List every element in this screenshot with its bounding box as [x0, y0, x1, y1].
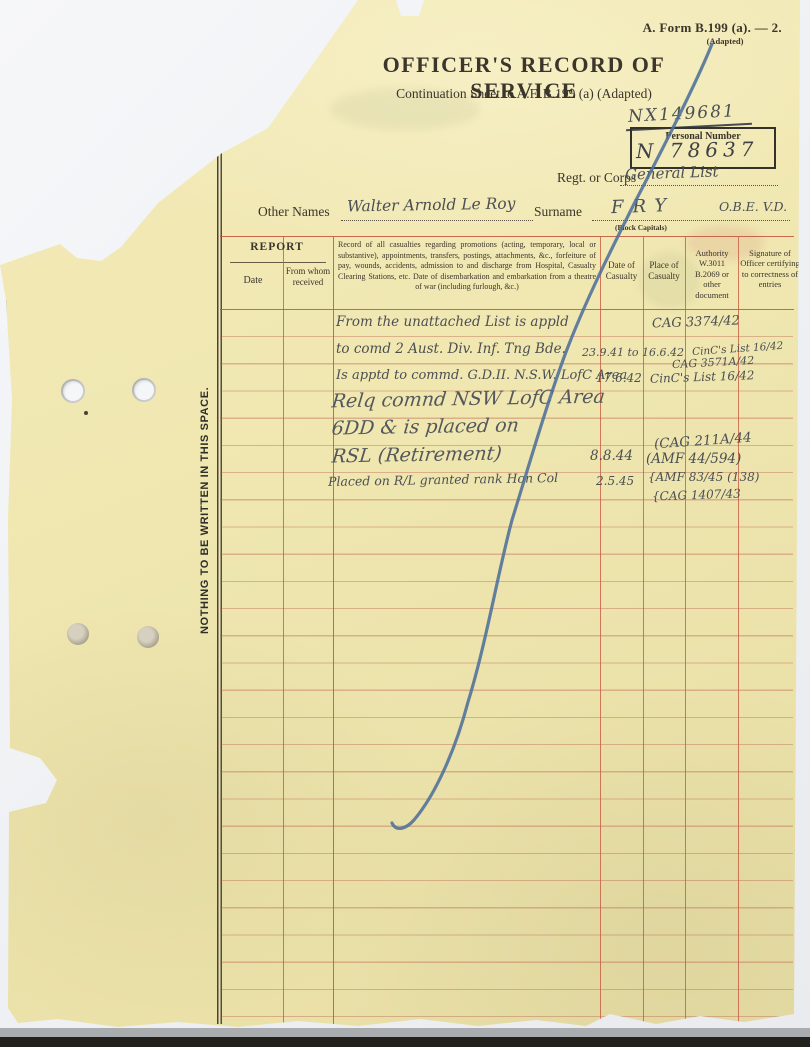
surname-value: FRY	[611, 195, 676, 218]
col-header-date: Date	[224, 275, 282, 286]
report-underline	[230, 262, 326, 263]
paper-speck	[84, 411, 88, 415]
casualty-date: 2.5.45	[596, 474, 634, 488]
page-subtitle: Continuation Sheet to A.F. B.199 (a) (Ad…	[336, 86, 712, 102]
record-entry: 6DD & is placed on	[331, 414, 520, 439]
record-entry: to comd 2 Aust. Div. Inf. Tng Bde.	[336, 341, 566, 357]
col-header-signature: Signature of Officer certifying to corre…	[739, 248, 801, 290]
punch-hole	[61, 379, 85, 403]
table-header-top-line	[220, 236, 794, 237]
personal-number-value: N 78637	[636, 137, 759, 163]
col-header-place-of-casualty: Place of Casualty	[643, 260, 685, 282]
casualty-date: 8.8.44	[590, 448, 633, 464]
col-header-record: Record of all casualties regarding promo…	[338, 240, 596, 293]
punch-hole	[137, 626, 159, 648]
scanned-service-record: A. Form B.199 (a). — 2. (Adapted) OFFICE…	[0, 0, 810, 1047]
dotted-rule	[341, 220, 533, 221]
record-entry: Is apptd to commd. G.D.II. N.S.W. LofC A…	[336, 368, 627, 383]
authority-ref: CAG 3374/42	[652, 313, 740, 331]
record-entry: RSL (Retirement)	[331, 443, 503, 468]
honours-value: O.B.E. V.D.	[719, 199, 787, 214]
record-entry: From the unattached List is appld	[336, 314, 569, 330]
casualty-date: 23.9.41 to 16.6.42	[582, 346, 684, 359]
col-header-from-whom: From whom received	[284, 266, 332, 287]
col-header-report: REPORT	[222, 241, 332, 253]
form-number: A. Form B.199 (a). — 2.	[630, 20, 782, 36]
block-capitals-note: (Block Capitals)	[596, 223, 686, 232]
dotted-rule	[592, 220, 790, 221]
dotted-rule	[620, 185, 778, 186]
other-names-label: Other Names	[258, 204, 330, 220]
col-header-authority: Authority W.3011 B.2069 or other documen…	[687, 248, 737, 300]
scan-edge-dark	[0, 1037, 810, 1047]
col-header-date-of-casualty: Date of Casualty	[600, 260, 643, 282]
form-number-note: (Adapted)	[688, 36, 762, 46]
margin-note: NOTHING TO BE WRITTEN IN THIS SPACE.	[199, 366, 211, 634]
authority-ref: {AMF 83/45 (138)	[648, 470, 759, 484]
punch-hole	[132, 378, 156, 402]
regt-or-corps-value: General List	[625, 162, 719, 183]
authority-ref: (AMF 44/594)	[646, 451, 741, 467]
punch-hole	[67, 623, 89, 645]
casualty-date: 17.6.42	[596, 371, 642, 385]
crossed-out-service-number: NX149681	[628, 101, 737, 127]
other-names-value: Walter Arnold Le Roy	[347, 195, 516, 216]
surname-label: Surname	[534, 204, 582, 220]
